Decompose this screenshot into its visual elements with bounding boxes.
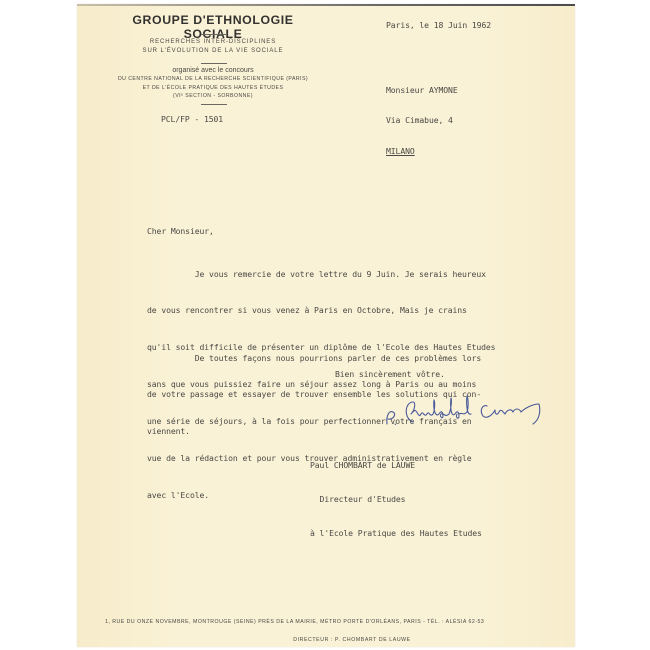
recipient-name: Monsieur AYMONE	[386, 85, 458, 95]
signer-block: Paul CHOMBART de LAUWE Directeur d'Etude…	[310, 437, 482, 562]
text-line: de vous rencontrer si vous venez à Paris…	[147, 304, 495, 316]
organization-name: GROUPE D'ETHNOLOGIE SOCIALE	[108, 13, 318, 41]
subtitle-line: SUR L'ÉVOLUTION DE LA VIE SOCIALE	[108, 47, 318, 56]
organization-subtitle: RECHERCHES INTER-DISCIPLINES SUR L'ÉVOLU…	[108, 38, 318, 56]
partner-line: ET DE L'ÉCOLE PRATIQUE DES HAUTES ÉTUDES	[87, 84, 339, 93]
divider	[201, 63, 227, 64]
salutation: Cher Monsieur,	[147, 226, 214, 236]
handwritten-signature	[383, 390, 553, 430]
partner-line: DU CENTRE NATIONAL DE LA RECHERCHE SCIEN…	[87, 75, 339, 84]
footer-director: DIRECTEUR : P. CHOMBART DE LAUWE	[252, 637, 452, 643]
partner-institutions: DU CENTRE NATIONAL DE LA RECHERCHE SCIEN…	[87, 75, 339, 101]
organised-with-text: organisé avec le concours	[108, 66, 318, 75]
recipient-address: Monsieur AYMONE Via Cimabue, 4 MILANO	[386, 64, 458, 177]
subtitle-line: RECHERCHES INTER-DISCIPLINES	[108, 38, 318, 47]
text-line: De toutes façons nous pourrions parler d…	[147, 352, 481, 364]
signer-institution: à l'Ecole Pratique des Hautes Etudes	[310, 528, 482, 539]
closing: Bien sincèrement vôtre.	[335, 369, 445, 379]
divider	[201, 34, 227, 35]
signer-title: Directeur d'Etudes	[310, 494, 482, 505]
footer-address: 1, RUE DU ONZE NOVEMBRE, MONTROUGE (SEIN…	[105, 619, 555, 625]
text-line: Je vous remercie de votre lettre du 9 Ju…	[147, 268, 495, 280]
letter-page: GROUPE D'ETHNOLOGIE SOCIALE RECHERCHES I…	[77, 4, 575, 647]
recipient-street: Via Cimabue, 4	[386, 115, 458, 125]
signer-name: Paul CHOMBART de LAUWE	[310, 460, 482, 471]
divider	[201, 104, 227, 105]
letter-date: Paris, le 18 Juin 1962	[386, 20, 491, 30]
recipient-city: MILANO	[386, 146, 458, 156]
reference-number: PCL/FP - 1501	[161, 114, 223, 124]
partner-line: (VIᵉ SECTION - SORBONNE)	[87, 92, 339, 101]
